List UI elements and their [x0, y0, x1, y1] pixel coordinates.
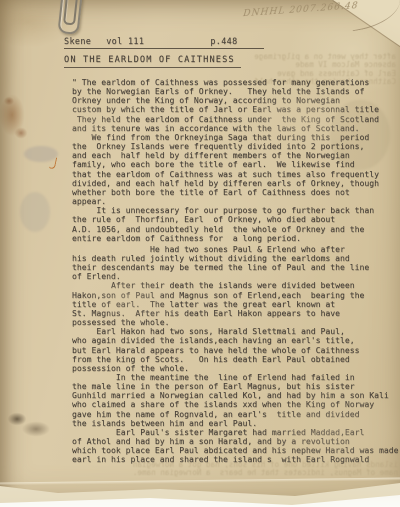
- document-line: earl in his place and shared the island …: [72, 455, 400, 464]
- header-page-number: p.448: [210, 36, 237, 46]
- document-line: entire earldom of Caithness for a long p…: [72, 234, 400, 243]
- typed-page: after they went on a pilgrimageabsence M…: [0, 0, 400, 497]
- document-title: ON THE EARLDOM OF CAITHNESS: [64, 55, 241, 68]
- document-line: their descendants may be termed the line…: [72, 263, 400, 272]
- bleedthrough-smudge: [20, 192, 50, 232]
- scanned-document: after they went on a pilgrimageabsence M…: [0, 0, 400, 507]
- document-line: whether both bore the title of Earl of C…: [72, 188, 400, 197]
- bleedthrough-line: name of Magnus, indicates that he bears …: [138, 469, 398, 477]
- margin-annotation-mark: [49, 157, 57, 170]
- header-source: Skene: [64, 36, 91, 46]
- document-body: " The earldom of Caithness was possessed…: [72, 78, 400, 465]
- document-header: Skenevol 111p.448: [64, 36, 264, 49]
- header-volume: vol 111: [106, 36, 144, 46]
- bottom-crease: [0, 478, 400, 486]
